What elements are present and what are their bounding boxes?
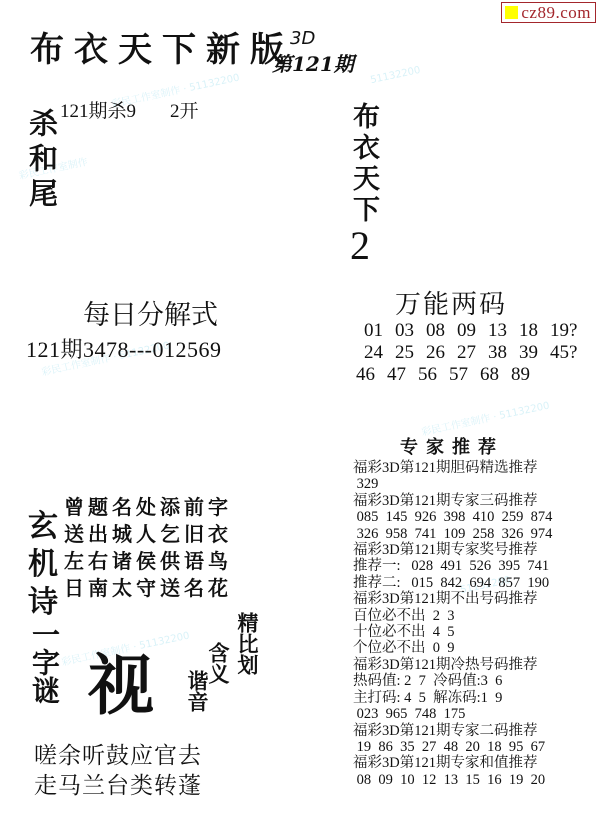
wanneng-code: 01	[364, 320, 395, 342]
expert-line: 主打码: 4 5 解冻码:1 9	[353, 690, 552, 706]
poem-row: 送出城人乞旧衣	[64, 521, 232, 548]
expert-line: 326 958 741 109 258 326 974	[353, 526, 552, 542]
wanneng-code: 45?	[550, 342, 581, 364]
expert-line: 福彩3D第121期专家奖号推荐	[353, 542, 552, 558]
wanneng-code: 03	[395, 320, 426, 342]
riddle-label: 一字谜	[24, 620, 64, 704]
wanneng-code: 24	[364, 342, 395, 364]
kill-tail-line: 121期杀92开	[60, 96, 199, 123]
expert-line: 百位必不出 2 3	[353, 608, 552, 624]
issue-label: 第121期	[272, 48, 354, 77]
right-vertical-number: 2	[350, 222, 370, 269]
wanneng-code: 18	[519, 320, 550, 342]
wanneng-code: 27	[457, 342, 488, 364]
expert-line: 福彩3D第121期冷热号码推荐	[353, 657, 552, 673]
poem-body: 曾题名处添前字 送出城人乞旧衣 左右诸侯供语鸟 日南太守送名花	[64, 494, 232, 602]
badge-text: cz89.com	[521, 4, 591, 22]
expert-line: 推荐一: 028 491 526 395 741	[353, 558, 552, 574]
wanneng-code: 47	[387, 364, 418, 386]
wanneng-code: 39	[519, 342, 550, 364]
wanneng-row: 46 47 56 57 68 89	[356, 364, 581, 386]
expert-title: 专家推荐	[400, 433, 504, 459]
expert-line: 福彩3D第121期专家和值推荐	[353, 755, 552, 771]
wanneng-code: 25	[395, 342, 426, 364]
wanneng-grid: 01 03 08 09 13 18 19? 24 25 26 27 38 39 …	[356, 320, 581, 386]
right-vertical-label: 布衣天下	[348, 102, 378, 226]
poem-row: 左右诸侯供语鸟	[64, 548, 232, 575]
daily-title: 每日分解式	[83, 293, 218, 332]
expert-line: 热码值: 2 7 冷码值:3 6	[353, 673, 552, 689]
answer-line: 走马兰台类转蓬	[34, 771, 202, 801]
expert-line: 福彩3D第121期专家三码推荐	[353, 493, 552, 509]
expert-line: 085 145 926 398 410 259 874	[353, 509, 552, 525]
expert-line: 329	[353, 476, 552, 492]
poem-row: 日南太守送名花	[64, 575, 232, 602]
poem-row: 曾题名处添前字	[64, 494, 232, 521]
wanneng-code: 26	[426, 342, 457, 364]
wanneng-code: 68	[480, 364, 511, 386]
expert-line: 19 86 35 27 48 20 18 95 67	[353, 739, 552, 755]
expert-line: 08 09 10 12 13 15 16 19 20	[353, 772, 552, 788]
wanneng-title: 万能两码	[395, 284, 507, 321]
poem-label-char: 机	[28, 546, 58, 584]
answer-poem: 嗟余听鼓应官去 走马兰台类转蓬	[34, 741, 202, 801]
expert-line: 十位必不出 4 5	[353, 624, 552, 640]
wanneng-code: 89	[511, 364, 542, 386]
badge-square-icon	[505, 6, 518, 19]
expert-line: 福彩3D第121期胆码精选推荐	[353, 460, 552, 476]
expert-line: 福彩3D第121期不出号码推荐	[353, 591, 552, 607]
kill-tail-right: 2开	[170, 101, 199, 122]
kill-tail-label: 杀和尾	[22, 108, 63, 213]
game-label: 3D	[290, 28, 315, 49]
poem-label-char: 诗	[28, 584, 58, 622]
wanneng-row: 24 25 26 27 38 39 45?	[356, 342, 581, 364]
wanneng-code: 38	[488, 342, 519, 364]
riddle-hint: 谐音	[184, 670, 210, 712]
expert-line: 个位必不出 0 9	[353, 640, 552, 656]
answer-line: 嗟余听鼓应官去	[34, 741, 202, 771]
poem-label-char: 玄	[28, 508, 58, 546]
wanneng-code: 56	[418, 364, 449, 386]
kill-tail-left: 121期杀9	[60, 101, 136, 122]
wanneng-row: 01 03 08 09 13 18 19?	[356, 320, 581, 342]
wanneng-code: 19?	[550, 320, 581, 342]
expert-line: 023 965 748 175	[353, 706, 552, 722]
riddle-hint: 精比划	[234, 612, 260, 675]
daily-value: 121期3478---012569	[26, 333, 221, 364]
site-badge[interactable]: cz89.com	[501, 2, 596, 23]
wanneng-code: 57	[449, 364, 480, 386]
watermark: 51132200	[369, 65, 421, 86]
expert-line: 福彩3D第121期专家二码推荐	[353, 723, 552, 739]
page-title: 布衣天下新版	[30, 22, 294, 71]
wanneng-code: 46	[356, 364, 387, 386]
riddle-main-char: 视	[88, 632, 154, 727]
wanneng-code: 08	[426, 320, 457, 342]
poem-label: 玄 机 诗	[28, 508, 58, 622]
expert-line: 推荐二: 015 842 694 857 190	[353, 575, 552, 591]
wanneng-code: 09	[457, 320, 488, 342]
wanneng-code: 13	[488, 320, 519, 342]
expert-list: 福彩3D第121期胆码精选推荐 329福彩3D第121期专家三码推荐 085 1…	[353, 460, 552, 788]
